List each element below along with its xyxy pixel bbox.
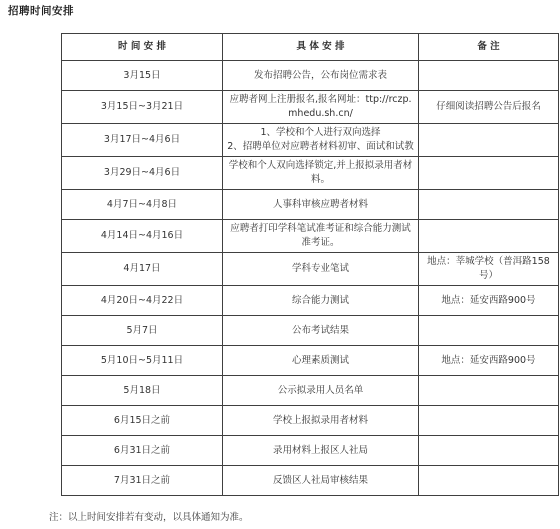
- detail-cell-line: 1、学校和个人进行双向选择: [227, 126, 414, 140]
- table-row: 6月15日之前学校上报拟录用者材料: [62, 406, 559, 436]
- table-row: 3月17日~4月6日1、学校和个人进行双向选择2、招聘单位对应聘者材料初审、面试…: [62, 124, 559, 157]
- table-row: 5月18日公示拟录用人员名单: [62, 376, 559, 406]
- detail-cell: 公布考试结果: [223, 316, 419, 346]
- detail-cell: 心理素质测试: [223, 346, 419, 376]
- table-row: 7月31日之前反馈区人社局审核结果: [62, 466, 559, 496]
- detail-cell: 人事科审核应聘者材料: [223, 190, 419, 220]
- detail-cell: 应聘者网上注册报名,报名网址：ttp://rczp.mhedu.sh.cn/: [223, 91, 419, 124]
- recruitment-schedule-table: 时 间 安 排 具 体 安 排 备 注 3月15日发布招聘公告，公布岗位需求表3…: [61, 33, 559, 496]
- schedule-table-body: 3月15日发布招聘公告，公布岗位需求表3月15日~3月21日应聘者网上注册报名,…: [62, 61, 559, 496]
- time-cell: 4月14日~4月16日: [62, 220, 223, 253]
- table-row: 5月7日公布考试结果: [62, 316, 559, 346]
- note-cell: 地点：延安西路900号: [419, 346, 559, 376]
- time-cell: 3月17日~4月6日: [62, 124, 223, 157]
- table-row: 3月29日~4月6日学校和个人双向选择锁定,并上报拟录用者材料。: [62, 157, 559, 190]
- note-cell: [419, 466, 559, 496]
- time-cell: 3月29日~4月6日: [62, 157, 223, 190]
- note-cell: [419, 376, 559, 406]
- detail-cell: 反馈区人社局审核结果: [223, 466, 419, 496]
- table-row: 4月20日~4月22日综合能力测试地点：延安西路900号: [62, 286, 559, 316]
- time-cell: 5月7日: [62, 316, 223, 346]
- document-page: 招聘时间安排 时 间 安 排 具 体 安 排 备 注 3月15日发布招聘公告，公…: [0, 0, 560, 529]
- column-header-detail: 具 体 安 排: [223, 34, 419, 61]
- footnote: 注：以上时间安排若有变动，以具体通知为准。: [49, 509, 249, 523]
- detail-cell: 发布招聘公告，公布岗位需求表: [223, 61, 419, 91]
- detail-cell: 应聘者打印学科笔试准考证和综合能力测试准考证。: [223, 220, 419, 253]
- note-cell: [419, 124, 559, 157]
- note-cell: [419, 220, 559, 253]
- table-row: 4月7日~4月8日人事科审核应聘者材料: [62, 190, 559, 220]
- time-cell: 7月31日之前: [62, 466, 223, 496]
- detail-cell: 学科专业笔试: [223, 253, 419, 286]
- table-row: 4月14日~4月16日应聘者打印学科笔试准考证和综合能力测试准考证。: [62, 220, 559, 253]
- detail-cell: 录用材料上报区人社局: [223, 436, 419, 466]
- table-row: 5月10日~5月11日心理素质测试地点：延安西路900号: [62, 346, 559, 376]
- detail-cell-line: 2、招聘单位对应聘者材料初审、面试和试教: [227, 140, 414, 154]
- time-cell: 6月31日之前: [62, 436, 223, 466]
- detail-cell: 1、学校和个人进行双向选择2、招聘单位对应聘者材料初审、面试和试教: [223, 124, 419, 157]
- note-cell: [419, 190, 559, 220]
- detail-cell: 学校和个人双向选择锁定,并上报拟录用者材料。: [223, 157, 419, 190]
- table-row: 4月17日学科专业笔试地点：莘城学校（普洱路158号）: [62, 253, 559, 286]
- note-cell: [419, 316, 559, 346]
- note-cell: 仔细阅读招聘公告后报名: [419, 91, 559, 124]
- time-cell: 3月15日: [62, 61, 223, 91]
- note-cell: 地点：莘城学校（普洱路158号）: [419, 253, 559, 286]
- table-row: 3月15日~3月21日应聘者网上注册报名,报名网址：ttp://rczp.mhe…: [62, 91, 559, 124]
- time-cell: 6月15日之前: [62, 406, 223, 436]
- time-cell: 5月18日: [62, 376, 223, 406]
- time-cell: 4月20日~4月22日: [62, 286, 223, 316]
- detail-cell: 综合能力测试: [223, 286, 419, 316]
- detail-cell: 公示拟录用人员名单: [223, 376, 419, 406]
- time-cell: 3月15日~3月21日: [62, 91, 223, 124]
- time-cell: 5月10日~5月11日: [62, 346, 223, 376]
- note-cell: 地点：延安西路900号: [419, 286, 559, 316]
- page-title: 招聘时间安排: [8, 3, 74, 18]
- table-header-row: 时 间 安 排 具 体 安 排 备 注: [62, 34, 559, 61]
- note-cell: [419, 436, 559, 466]
- note-cell: [419, 157, 559, 190]
- note-cell: [419, 406, 559, 436]
- column-header-time: 时 间 安 排: [62, 34, 223, 61]
- time-cell: 4月17日: [62, 253, 223, 286]
- column-header-note: 备 注: [419, 34, 559, 61]
- time-cell: 4月7日~4月8日: [62, 190, 223, 220]
- table-row: 3月15日发布招聘公告，公布岗位需求表: [62, 61, 559, 91]
- table-row: 6月31日之前录用材料上报区人社局: [62, 436, 559, 466]
- detail-cell: 学校上报拟录用者材料: [223, 406, 419, 436]
- note-cell: [419, 61, 559, 91]
